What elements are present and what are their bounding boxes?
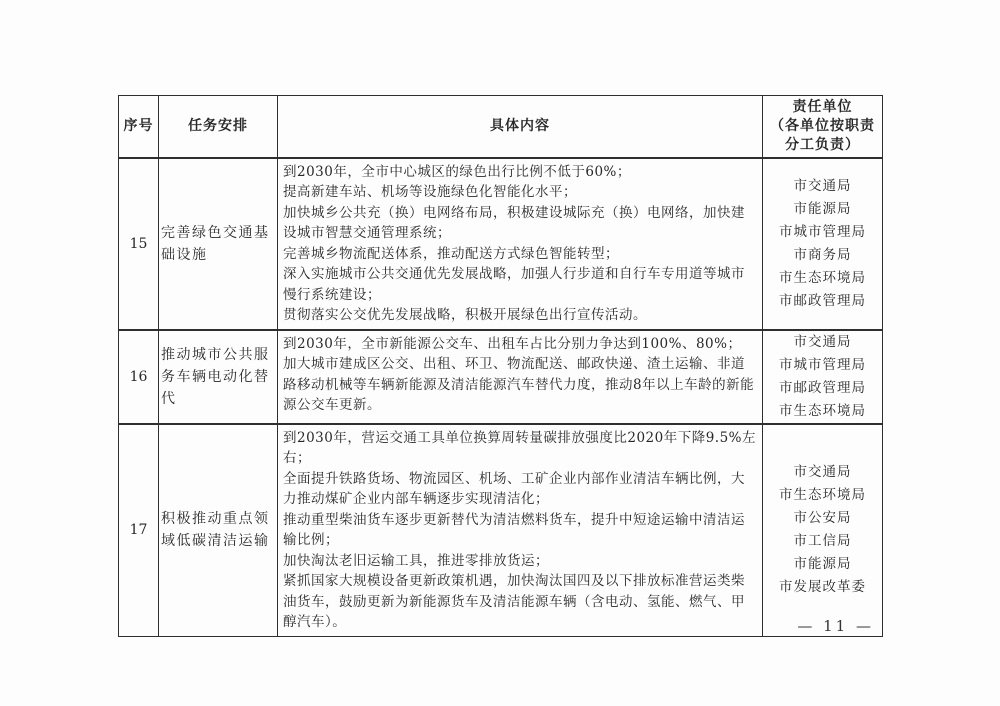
header-responsible-unit: 责任单位 （各单位按职责 分工负责） xyxy=(763,96,883,158)
unit-name: 市城市管理局 xyxy=(763,221,882,244)
content-line: 推动重型柴油货车逐步更新替代为清洁燃料货车，提升中短途运输中清洁运输比例； xyxy=(283,510,757,551)
content-line: 贯彻落实公交优先发展战略，积极开展绿色出行宣传活动。 xyxy=(283,305,757,326)
row-number-cell: 17 xyxy=(119,424,159,637)
page-number: — 11 — xyxy=(797,617,874,635)
header-responsible-unit-line3: 分工负责） xyxy=(763,136,882,155)
content-line: 紧抓国家大规模设备更新政策机遇，加快淘汰国四及以下排放标准营运类柴油货车，鼓励更… xyxy=(283,571,757,633)
unit-name: 市能源局 xyxy=(763,198,882,221)
unit-name: 市能源局 xyxy=(763,553,882,576)
header-specific-content: 具体内容 xyxy=(278,96,763,158)
unit-name: 市商务局 xyxy=(763,244,882,267)
task-cell: 积极推动重点领域低碳清洁运输 xyxy=(159,424,278,637)
unit-name: 市生态环境局 xyxy=(763,267,882,290)
table-header-row: 序号 任务安排 具体内容 责任单位 （各单位按职责 分工负责） xyxy=(119,96,883,158)
table-row: 16 推动城市公共服务车辆电动化替代 到2030年，全市新能源公交车、出租车占比… xyxy=(119,330,883,424)
unit-name: 市城市管理局 xyxy=(763,354,882,377)
header-responsible-unit-line1: 责任单位 xyxy=(763,98,882,117)
header-responsible-unit-line2: （各单位按职责 xyxy=(763,117,882,136)
unit-name: 市邮政管理局 xyxy=(763,377,882,400)
content-line: 提高新建车站、机场等设施绿色化智能化水平； xyxy=(283,182,757,203)
unit-name: 市邮政管理局 xyxy=(763,290,882,313)
unit-name: 市公安局 xyxy=(763,507,882,530)
table-row: 17 积极推动重点领域低碳清洁运输 到2030年，营运交通工具单位换算周转量碳排… xyxy=(119,424,883,637)
document-page: 序号 任务安排 具体内容 责任单位 （各单位按职责 分工负责） 15 完善绿色交… xyxy=(0,0,1000,706)
task-table: 序号 任务安排 具体内容 责任单位 （各单位按职责 分工负责） 15 完善绿色交… xyxy=(118,95,883,637)
unit-name: 市生态环境局 xyxy=(763,484,882,507)
unit-name: 市工信局 xyxy=(763,530,882,553)
content-line: 加快城乡公共充（换）电网络布局，积极建设城际充（换）电网络，加快建设城市智慧交通… xyxy=(283,203,757,244)
unit-name: 市生态环境局 xyxy=(763,400,882,423)
units-cell: 市交通局 市能源局 市城市管理局 市商务局 市生态环境局 市邮政管理局 xyxy=(763,158,883,330)
unit-name: 市交通局 xyxy=(763,331,882,354)
units-cell: 市交通局 市生态环境局 市公安局 市工信局 市能源局 市发展改革委 xyxy=(763,424,883,637)
header-task-arrangement: 任务安排 xyxy=(159,96,278,158)
content-line: 加大城市建成区公交、出租、环卫、物流配送、邮政快递、渣土运输、非道路移动机械等车… xyxy=(283,354,757,416)
task-cell: 完善绿色交通基础设施 xyxy=(159,158,278,330)
content-cell: 到2030年，营运交通工具单位换算周转量碳排放强度比2020年下降9.5%左右；… xyxy=(278,424,763,637)
content-line: 到2030年，全市新能源公交车、出租车占比分别力争达到100%、80%； xyxy=(283,334,757,355)
row-number-cell: 15 xyxy=(119,158,159,330)
header-serial-number: 序号 xyxy=(119,96,159,158)
task-cell: 推动城市公共服务车辆电动化替代 xyxy=(159,330,278,424)
content-line: 到2030年，全市中心城区的绿色出行比例不低于60%； xyxy=(283,162,757,183)
content-cell: 到2030年，全市中心城区的绿色出行比例不低于60%； 提高新建车站、机场等设施… xyxy=(278,158,763,330)
units-cell: 市交通局 市城市管理局 市邮政管理局 市生态环境局 xyxy=(763,330,883,424)
content-line: 完善城乡物流配送体系，推动配送方式绿色智能转型； xyxy=(283,244,757,265)
unit-name: 市发展改革委 xyxy=(763,576,882,599)
unit-name: 市交通局 xyxy=(763,175,882,198)
table-row: 15 完善绿色交通基础设施 到2030年，全市中心城区的绿色出行比例不低于60%… xyxy=(119,158,883,330)
content-line: 到2030年，营运交通工具单位换算周转量碳排放强度比2020年下降9.5%左右； xyxy=(283,428,757,469)
content-cell: 到2030年，全市新能源公交车、出租车占比分别力争达到100%、80%； 加大城… xyxy=(278,330,763,424)
content-line: 深入实施城市公共交通优先发展战略，加强人行步道和自行车专用道等城市慢行系统建设； xyxy=(283,264,757,305)
row-number-cell: 16 xyxy=(119,330,159,424)
content-line: 加快淘汰老旧运输工具，推进零排放货运； xyxy=(283,551,757,572)
unit-name: 市交通局 xyxy=(763,461,882,484)
content-line: 全面提升铁路货场、物流园区、机场、工矿企业内部作业清洁车辆比例，大力推动煤矿企业… xyxy=(283,469,757,510)
